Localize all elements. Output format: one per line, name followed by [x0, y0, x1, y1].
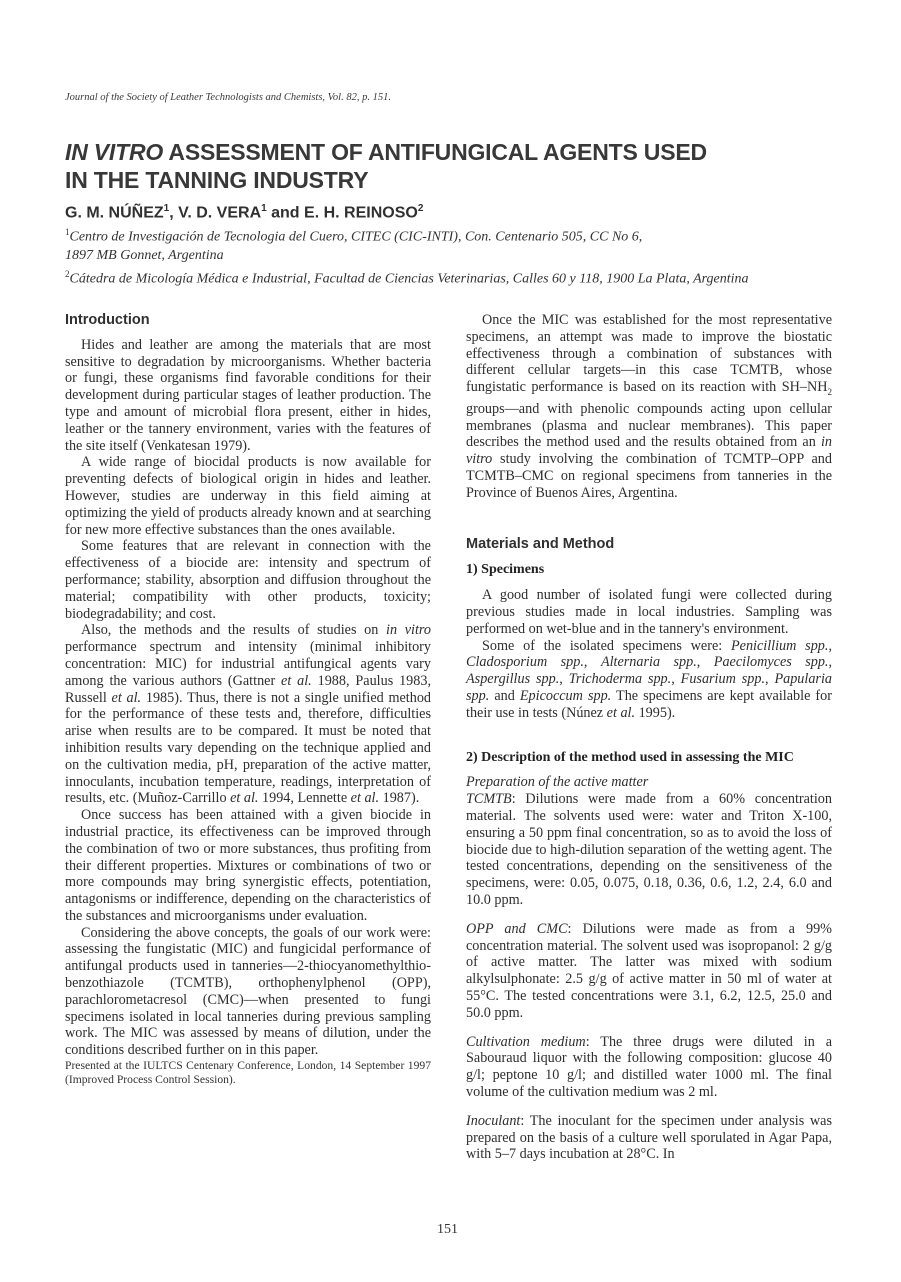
footnote: Presented at the IULTCS Centenary Confer…	[65, 1059, 431, 1086]
affiliations: 1Centro de Investigación de Tecnologia d…	[65, 223, 865, 288]
paragraph: Considering the above concepts, the goal…	[65, 925, 431, 1059]
author-name: G. M. NÚÑEZ	[65, 204, 164, 221]
paragraph: Once success has been attained with a gi…	[65, 807, 431, 925]
author-list: G. M. NÚÑEZ1, V. D. VERA1 and E. H. REIN…	[65, 203, 423, 222]
right-column: Once the MIC was established for the mos…	[466, 312, 832, 1163]
author-name: E. H. REINOSO	[304, 204, 418, 221]
paragraph-heading: Preparation of the active matter	[466, 774, 832, 791]
section-heading-introduction: Introduction	[65, 312, 431, 329]
section-heading-materials: Materials and Method	[466, 536, 832, 553]
title-line1-rest: ASSESSMENT OF ANTIFUNGICAL AGENTS USED	[163, 139, 707, 165]
author-name: V. D. VERA	[178, 204, 261, 221]
subsection-heading-method: 2) Description of the method used in ass…	[466, 750, 832, 767]
affiliation-1-cont: 1897 MB Gonnet, Argentina	[65, 247, 865, 265]
paragraph: Cultivation medium: The three drugs were…	[466, 1034, 832, 1101]
affiliation-2: 2Cátedra de Micología Médica e Industria…	[65, 265, 865, 289]
paragraph: Some features that are relevant in conne…	[65, 538, 431, 622]
paragraph: A good number of isolated fungi were col…	[466, 587, 832, 637]
affiliation-1: 1Centro de Investigación de Tecnologia d…	[65, 223, 865, 247]
article-title: IN VITRO ASSESSMENT OF ANTIFUNGICAL AGEN…	[65, 138, 865, 194]
paragraph: Once the MIC was established for the mos…	[466, 312, 832, 502]
paragraph: OPP and CMC: Dilutions were made as from…	[466, 921, 832, 1022]
left-column: Introduction Hides and leather are among…	[65, 312, 431, 1086]
subsection-heading-specimens: 1) Specimens	[466, 562, 832, 579]
journal-citation: Journal of the Society of Leather Techno…	[65, 92, 391, 103]
paragraph: A wide range of biocidal products is now…	[65, 454, 431, 538]
paragraph: Some of the isolated specimens were: Pen…	[466, 638, 832, 722]
title-italic: IN VITRO	[65, 139, 163, 165]
paragraph: Also, the methods and the results of stu…	[65, 622, 431, 807]
paragraph: TCMTB: Dilutions were made from a 60% co…	[466, 791, 832, 909]
paragraph: Hides and leather are among the material…	[65, 337, 431, 455]
page-number: 151	[437, 1222, 458, 1238]
title-line2: IN THE TANNING INDUSTRY	[65, 167, 368, 193]
paragraph: Inoculant: The inoculant for the specime…	[466, 1113, 832, 1163]
